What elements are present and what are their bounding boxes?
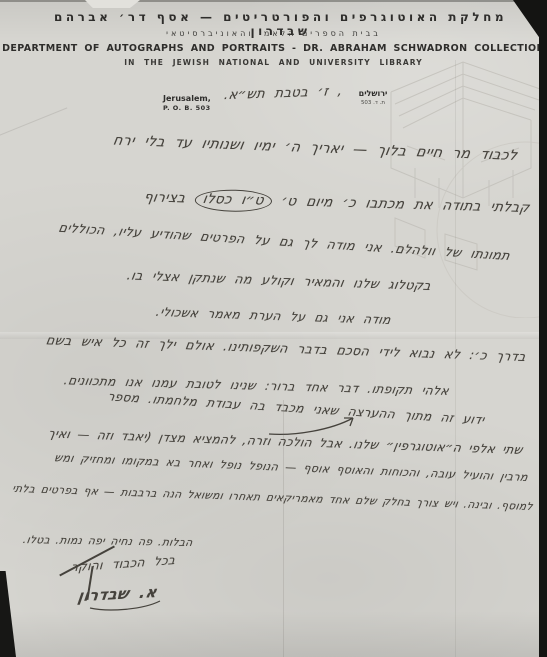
handwritten-date: , ז׳ בטבת תש״א.	[223, 84, 343, 103]
handwritten-line-5: מודה אני גם על הערת מאמר אשכולי.	[155, 305, 392, 327]
paper-fold-crease	[0, 332, 547, 339]
handwriting-arrow-flourish	[265, 410, 361, 438]
scan-edge-top	[0, 0, 547, 2]
letterhead-pob-english: P. O. B. 503	[163, 104, 211, 112]
handwritten-line-10: מרבין והועיל עובה, והכוחות והאוסף אוסף —…	[53, 451, 529, 484]
vertical-crease-faint	[455, 60, 456, 657]
handwritten-line-12: הבלות. פה נחיה יפה נמות. בטלו.	[22, 534, 194, 549]
scan-edge-bottom-left	[0, 571, 16, 657]
letterhead-english-library: IN THE JEWISH NATIONAL AND UNIVERSITY LI…	[0, 58, 547, 67]
letterhead-pob-hebrew: ת. ד. 503	[352, 100, 394, 106]
vertical-crease	[283, 400, 284, 657]
signature-underline-flourish	[86, 598, 164, 612]
letterhead-city-hebrew: ירושלים	[352, 89, 394, 98]
paper-notch-top	[85, 0, 140, 8]
letterhead-city-english: Jerusalem,	[163, 94, 211, 103]
scanned-letter-page: מחלקת האוטוגרפים והפורטריטים — אסף דר׳ א…	[0, 0, 547, 657]
letterhead-hebrew-library: בבית הספרים הלאמי והאוניברסיטאי	[0, 29, 547, 38]
letterhead-english-department: DEPARTMENT OF AUTOGRAPHS AND PORTRAITS -…	[0, 43, 547, 54]
diagonal-crease	[0, 107, 67, 137]
line-2-circled-word: ט״ו כסלו	[193, 189, 274, 213]
line-2-text-end: בצירוף	[143, 189, 187, 206]
scan-edge-right	[539, 0, 547, 657]
closing-valediction: בכל הכבוד והוקר	[70, 553, 175, 574]
